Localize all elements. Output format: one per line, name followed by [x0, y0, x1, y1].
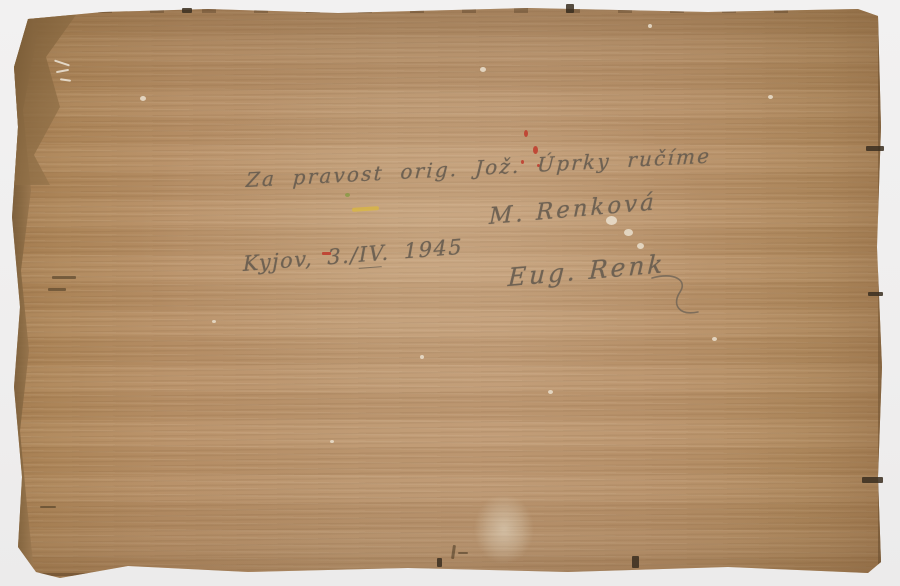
white-spot	[648, 24, 652, 28]
photo-canvas: Za pravost orig. Jož. Úprky ručíme M. Re…	[0, 0, 900, 586]
panel-corner-chip	[14, 15, 78, 185]
white-spot	[140, 96, 146, 101]
nail-mark	[566, 4, 574, 13]
panel-bottom-edge	[38, 573, 848, 576]
pencil-scuff	[458, 552, 468, 554]
white-spot	[420, 355, 424, 359]
white-stain	[474, 494, 534, 564]
white-spot	[330, 440, 334, 443]
wood-panel	[8, 7, 888, 580]
edge-scuff	[40, 506, 56, 508]
top-edge-grime	[98, 7, 798, 13]
edge-scuff	[52, 276, 76, 279]
edge-scuff	[48, 288, 66, 291]
paint-speck-red	[524, 130, 528, 137]
nail-mark	[437, 558, 442, 567]
date-roman-numeral: IV	[359, 241, 382, 269]
nail-mark	[868, 292, 883, 296]
signature-flourish	[648, 270, 706, 322]
white-spot	[624, 229, 633, 236]
nail-mark	[632, 556, 639, 568]
nail-mark	[182, 8, 192, 13]
nail-mark	[866, 146, 884, 151]
paint-speck-green	[345, 193, 350, 197]
white-spot	[768, 95, 773, 99]
white-spot	[712, 337, 717, 341]
white-spot	[480, 67, 486, 72]
nail-mark	[862, 477, 883, 483]
white-spot	[212, 320, 216, 323]
white-spot	[548, 390, 553, 394]
white-spot	[637, 243, 644, 249]
